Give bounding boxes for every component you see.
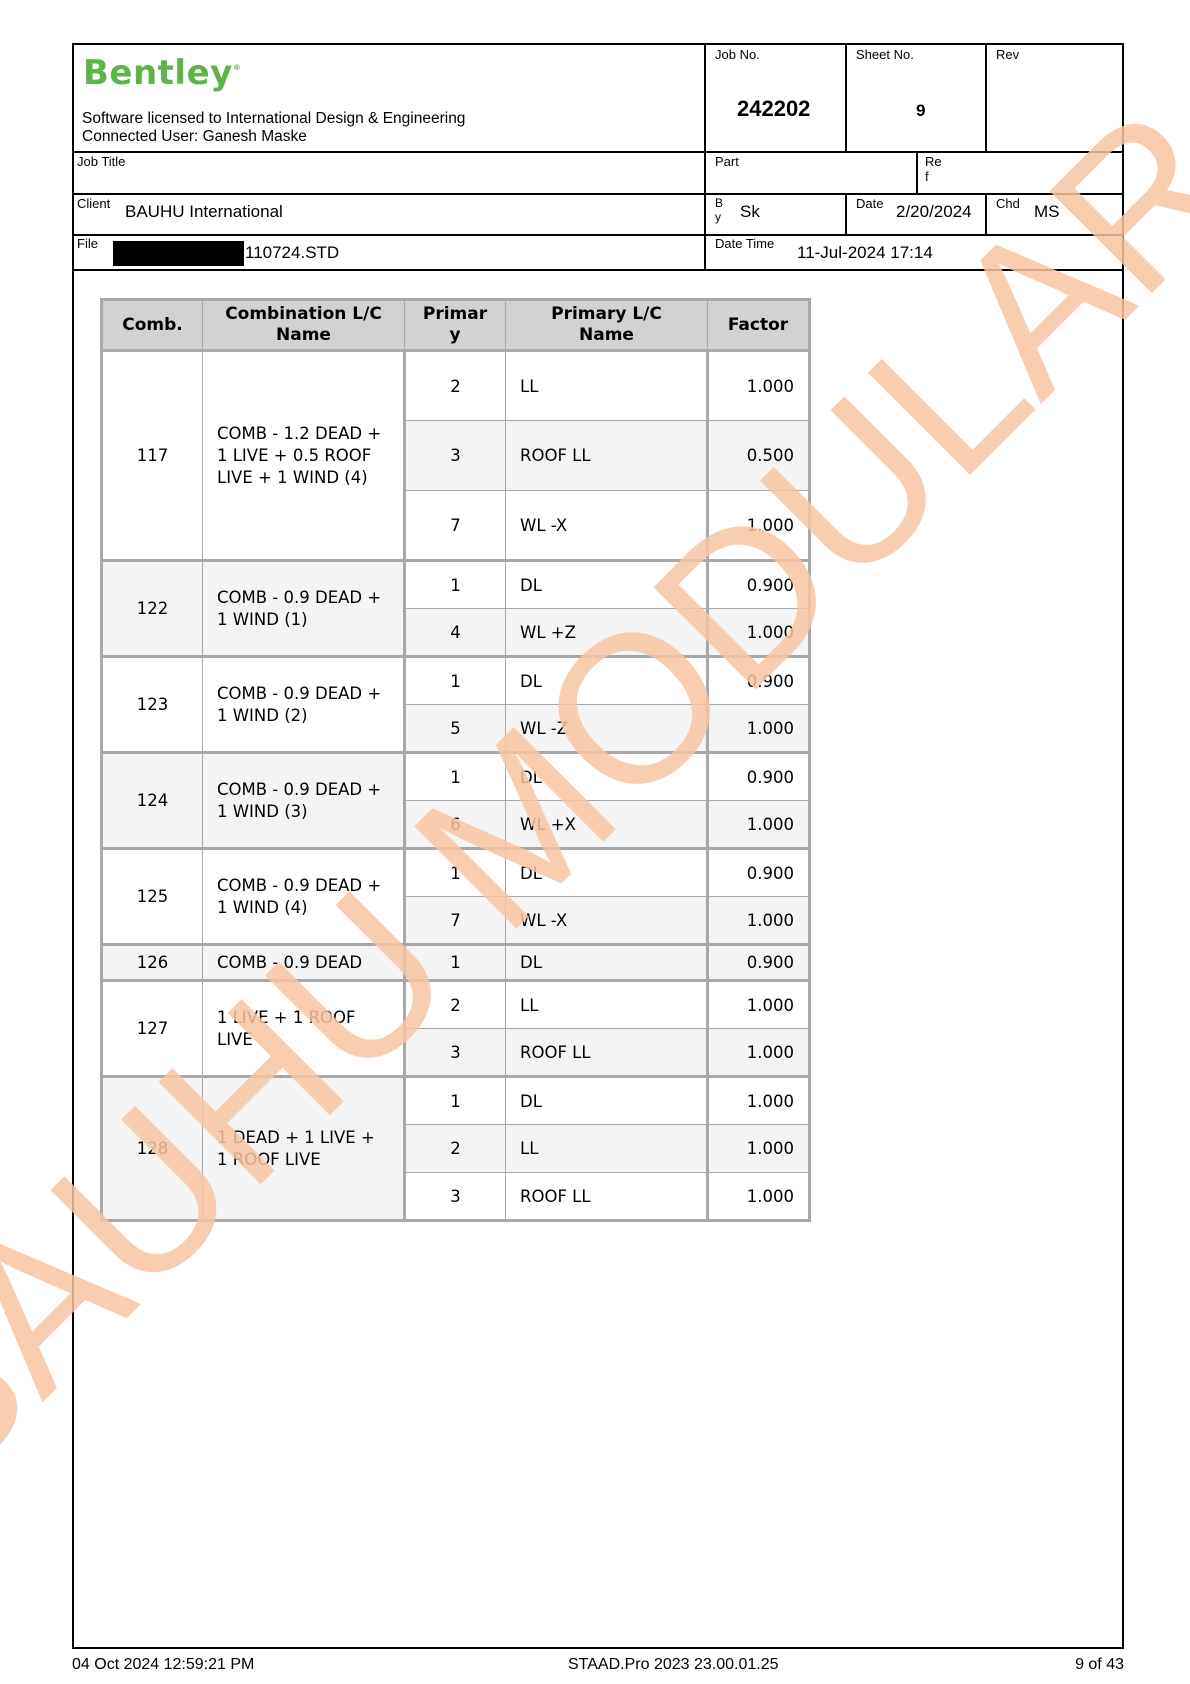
primary-number: 1 [405, 561, 506, 609]
comb-number: 125 [102, 849, 203, 945]
logo-text: Bentley [83, 53, 233, 93]
primary-name: LL [506, 1125, 708, 1173]
col-factor: Factor [708, 300, 810, 351]
part-label: Part [715, 154, 739, 169]
sheet-no-label: Sheet No. [856, 47, 914, 62]
job-no: 242202 [737, 96, 810, 122]
divider [74, 269, 1122, 271]
factor-value: 1.000 [708, 1077, 810, 1125]
primary-number: 1 [405, 753, 506, 801]
comb-name: COMB - 0.9 DEAD + 1 WIND (3) [203, 753, 405, 849]
chd: MS [1034, 202, 1060, 222]
factor-value: 1.000 [708, 1029, 810, 1077]
primary-name: WL +Z [506, 609, 708, 657]
datetime: 11-Jul-2024 17:14 [797, 243, 933, 263]
file-label: File [77, 236, 98, 251]
ref-label: Ref [925, 154, 942, 184]
job-no-label: Job No. [715, 47, 760, 62]
comb-number: 128 [102, 1077, 203, 1221]
comb-name: COMB - 0.9 DEAD [203, 945, 405, 981]
comb-number: 126 [102, 945, 203, 981]
primary-number: 5 [405, 705, 506, 753]
factor-value: 1.000 [708, 491, 810, 561]
divider [916, 151, 918, 195]
sheet-no: 9 [916, 101, 925, 121]
footer-page-number: 9 of 43 [1075, 1656, 1124, 1674]
redacted-filename-block [113, 241, 244, 266]
date-label: Date [856, 196, 883, 211]
primary-name: DL [506, 561, 708, 609]
primary-number: 1 [405, 849, 506, 897]
registered-mark-icon: ® [233, 63, 242, 72]
primary-number: 7 [405, 897, 506, 945]
primary-name: WL -Z [506, 705, 708, 753]
factor-value: 1.000 [708, 1125, 810, 1173]
factor-value: 0.900 [708, 657, 810, 705]
primary-name: WL +X [506, 801, 708, 849]
comb-name: 1 LIVE + 1 ROOF LIVE [203, 981, 405, 1077]
primary-name: LL [506, 351, 708, 421]
divider [74, 234, 1122, 236]
chd-label: Chd [996, 196, 1020, 211]
comb-name: COMB - 0.9 DEAD + 1 WIND (2) [203, 657, 405, 753]
comb-number: 123 [102, 657, 203, 753]
divider [845, 193, 847, 236]
primary-name: DL [506, 753, 708, 801]
factor-value: 1.000 [708, 897, 810, 945]
primary-name: DL [506, 1077, 708, 1125]
comb-number: 124 [102, 753, 203, 849]
col-comb-name: Combination L/CName [203, 300, 405, 351]
primary-number: 2 [405, 1125, 506, 1173]
factor-value: 0.900 [708, 849, 810, 897]
factor-value: 1.000 [708, 609, 810, 657]
factor-value: 0.900 [708, 753, 810, 801]
primary-number: 6 [405, 801, 506, 849]
comb-name: 1 DEAD + 1 LIVE + 1 ROOF LIVE [203, 1077, 405, 1221]
table-row: 122COMB - 0.9 DEAD + 1 WIND (1)1DL0.900 [102, 561, 810, 609]
license-line: Software licensed to International Desig… [82, 110, 465, 128]
table-row: 117COMB - 1.2 DEAD + 1 LIVE + 0.5 ROOF L… [102, 351, 810, 421]
divider [704, 45, 706, 271]
comb-name: COMB - 0.9 DEAD + 1 WIND (4) [203, 849, 405, 945]
primary-number: 1 [405, 1077, 506, 1125]
table-row: 1281 DEAD + 1 LIVE + 1 ROOF LIVE1DL1.000 [102, 1077, 810, 1125]
client: BAUHU International [125, 202, 283, 222]
table-row: 124COMB - 0.9 DEAD + 1 WIND (3)1DL0.900 [102, 753, 810, 801]
divider [74, 151, 1122, 153]
by-label: By [715, 196, 723, 224]
comb-name: COMB - 1.2 DEAD + 1 LIVE + 0.5 ROOF LIVE… [203, 351, 405, 561]
table-row: 1271 LIVE + 1 ROOF LIVE2LL1.000 [102, 981, 810, 1029]
primary-number: 3 [405, 1173, 506, 1221]
factor-value: 0.900 [708, 561, 810, 609]
table-row: 126COMB - 0.9 DEAD1DL0.900 [102, 945, 810, 981]
factor-value: 1.000 [708, 705, 810, 753]
primary-name: DL [506, 657, 708, 705]
footer-software: STAAD.Pro 2023 23.00.01.25 [568, 1656, 779, 1674]
datetime-label: Date Time [715, 236, 774, 251]
primary-number: 1 [405, 945, 506, 981]
table-row: 125COMB - 0.9 DEAD + 1 WIND (4)1DL0.900 [102, 849, 810, 897]
primary-number: 2 [405, 351, 506, 421]
table-row: 123COMB - 0.9 DEAD + 1 WIND (2)1DL0.900 [102, 657, 810, 705]
primary-name: DL [506, 945, 708, 981]
rev-label: Rev [996, 47, 1019, 62]
primary-name: WL -X [506, 897, 708, 945]
primary-name: ROOF LL [506, 1029, 708, 1077]
footer-printed-at: 04 Oct 2024 12:59:21 PM [72, 1656, 254, 1674]
job-title-label: Job Title [77, 154, 125, 169]
comb-number: 122 [102, 561, 203, 657]
primary-number: 7 [405, 491, 506, 561]
load-combination-table: Comb. Combination L/CName Primary Primar… [100, 298, 811, 1222]
factor-value: 1.000 [708, 351, 810, 421]
factor-value: 1.000 [708, 981, 810, 1029]
bentley-logo: Bentley® [83, 53, 241, 93]
divider [985, 45, 987, 153]
col-primary-name: Primary L/CName [506, 300, 708, 351]
primary-name: ROOF LL [506, 421, 708, 491]
divider [74, 193, 1122, 195]
divider [985, 193, 987, 236]
factor-value: 1.000 [708, 801, 810, 849]
col-comb: Comb. [102, 300, 203, 351]
divider [845, 45, 847, 153]
comb-number: 117 [102, 351, 203, 561]
file-name: 110724.STD [245, 243, 339, 263]
primary-number: 4 [405, 609, 506, 657]
client-label: Client [77, 196, 110, 211]
primary-number: 3 [405, 421, 506, 491]
primary-name: DL [506, 849, 708, 897]
col-primary: Primary [405, 300, 506, 351]
connected-user: Connected User: Ganesh Maske [82, 128, 307, 146]
date: 2/20/2024 [896, 202, 972, 222]
comb-name: COMB - 0.9 DEAD + 1 WIND (1) [203, 561, 405, 657]
factor-value: 0.500 [708, 421, 810, 491]
primary-name: LL [506, 981, 708, 1029]
primary-number: 2 [405, 981, 506, 1029]
primary-name: WL -X [506, 491, 708, 561]
table-header-row: Comb. Combination L/CName Primary Primar… [102, 300, 810, 351]
factor-value: 1.000 [708, 1173, 810, 1221]
comb-number: 127 [102, 981, 203, 1077]
primary-number: 1 [405, 657, 506, 705]
primary-name: ROOF LL [506, 1173, 708, 1221]
by: Sk [740, 202, 760, 222]
factor-value: 0.900 [708, 945, 810, 981]
primary-number: 3 [405, 1029, 506, 1077]
